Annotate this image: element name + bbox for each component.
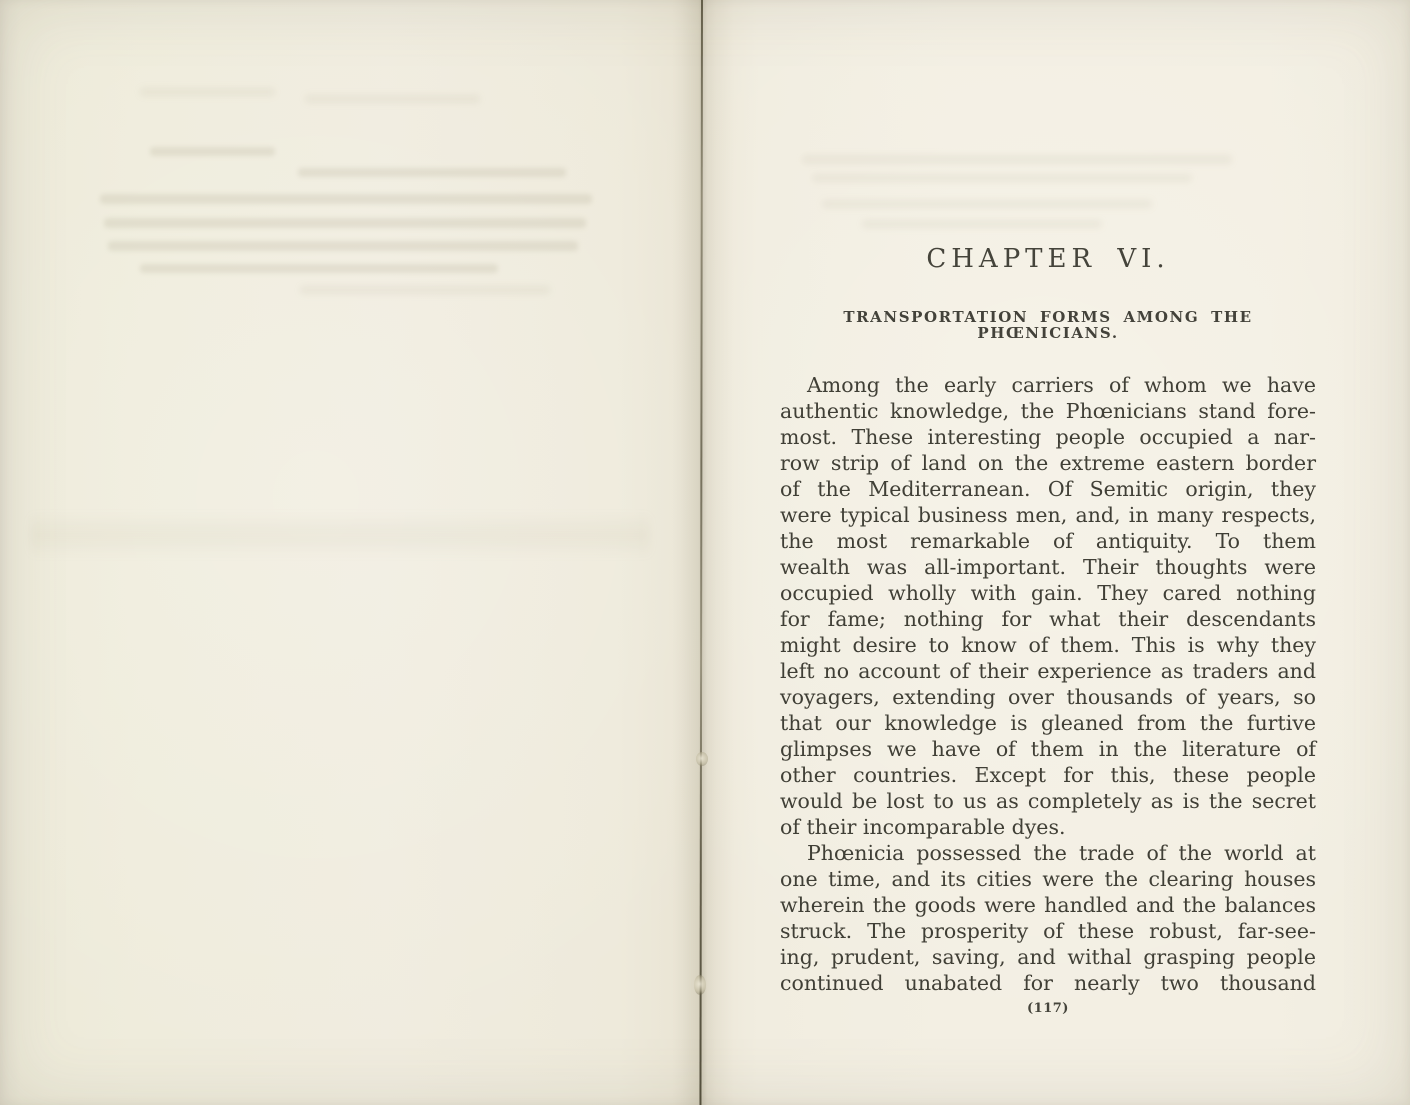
show-through-text <box>100 194 592 204</box>
body-line: might desire to know of them. This is wh… <box>780 632 1316 658</box>
body-line: of the Mediterranean. Of Semitic origin,… <box>780 476 1316 502</box>
body-line: continued unabated for nearly two thousa… <box>780 970 1316 996</box>
body-line: struck. The prosperity of these robust, … <box>780 918 1316 944</box>
body-line: most. These interesting people occupied … <box>780 424 1316 450</box>
body-line: other countries. Except for this, these … <box>780 762 1316 788</box>
body-line: one time, and its cities were the cleari… <box>780 866 1316 892</box>
show-through-text <box>802 155 1232 164</box>
left-page-blank <box>0 0 702 1105</box>
gutter-paper-fleck <box>694 975 706 995</box>
show-through-text <box>298 168 566 177</box>
show-through-text <box>150 147 275 156</box>
body-line: of their incomparable dyes. <box>780 814 1316 840</box>
show-through-text <box>140 88 275 96</box>
show-through-text <box>305 95 480 103</box>
body-line: voyagers, extending over thousands of ye… <box>780 684 1316 710</box>
show-through-text <box>812 174 1192 182</box>
body-line: authentic knowledge, the Phœnicians stan… <box>780 398 1316 424</box>
page-number: (117) <box>780 1001 1316 1016</box>
right-page: CHAPTER VI. TRANSPORTATION FORMS AMONG T… <box>702 0 1410 1105</box>
body-line: wealth was all-important. Their thoughts… <box>780 554 1316 580</box>
body-line: left no account of their experience as t… <box>780 658 1316 684</box>
body-text: Among the early carriers of whom we have… <box>780 372 1316 996</box>
body-line: Phœnicia possessed the trade of the worl… <box>780 840 1316 866</box>
show-through-text <box>104 218 586 228</box>
body-line: that our knowledge is gleaned from the f… <box>780 710 1316 736</box>
body-line: occupied wholly with gain. They cared no… <box>780 580 1316 606</box>
show-through-text <box>822 200 1152 208</box>
show-through-text <box>108 241 578 251</box>
body-line: Among the early carriers of whom we have <box>780 372 1316 398</box>
show-through-text <box>300 286 550 294</box>
body-line: would be lost to us as completely as is … <box>780 788 1316 814</box>
body-line: the most remarkable of antiquity. To the… <box>780 528 1316 554</box>
body-line: ing, prudent, saving, and withal graspin… <box>780 944 1316 970</box>
gutter-paper-fleck <box>696 752 708 766</box>
page-content: CHAPTER VI. TRANSPORTATION FORMS AMONG T… <box>780 246 1316 1016</box>
section-title: TRANSPORTATION FORMS AMONG THE PHŒNICIAN… <box>780 309 1316 341</box>
body-line: for fame; nothing for what their descend… <box>780 606 1316 632</box>
body-line: were typical business men, and, in many … <box>780 502 1316 528</box>
show-through-text <box>140 264 498 273</box>
chapter-heading: CHAPTER VI. <box>780 246 1316 272</box>
body-line: row strip of land on the extreme eastern… <box>780 450 1316 476</box>
body-line: glimpses we have of them in the literatu… <box>780 736 1316 762</box>
book-spread: CHAPTER VI. TRANSPORTATION FORMS AMONG T… <box>0 0 1410 1105</box>
show-through-text <box>862 220 1102 228</box>
body-line: wherein the goods were handled and the b… <box>780 892 1316 918</box>
page-crease <box>30 512 650 558</box>
